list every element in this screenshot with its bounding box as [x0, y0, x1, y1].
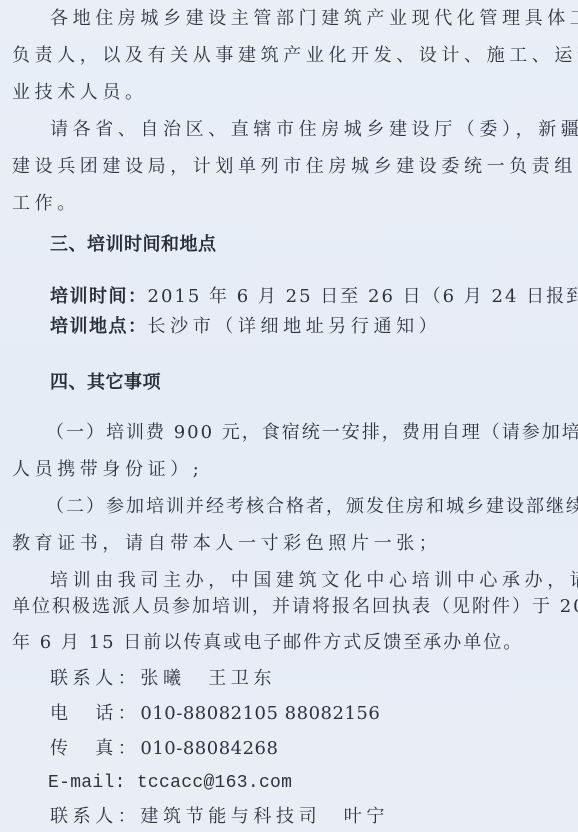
- email-value: tccacc@163.com: [137, 773, 292, 793]
- contact-names: 张曦 王卫东: [140, 668, 276, 689]
- section-heading: 四、其它事项: [50, 372, 161, 394]
- text-line: 各地住房城乡建设主管部门建筑产业现代化管理具体工作: [50, 8, 578, 30]
- text-line: 年 6 月 15 日前以传真或电子邮件方式反馈至承办单位。: [12, 632, 523, 654]
- contact-row: 联系人：张曦 王卫东: [50, 668, 276, 690]
- text-line: （二）参加培训并经考核合格者，颁发住房和城乡建设部继续: [46, 496, 578, 518]
- text-line: 单位积极选派人员参加培训，并请将报名回执表（见附件）于 2015: [12, 596, 578, 618]
- text-line: 人员携带身份证）;: [12, 459, 203, 481]
- text-line: 请各省、自治区、直辖市住房城乡建设厅（委），新疆生产: [50, 119, 578, 141]
- training-place-row: 培训地点：长沙市（详细地址另行通知）: [50, 316, 441, 338]
- contact-label: 联系人：: [50, 668, 140, 689]
- training-place-value: 长沙市（详细地址另行通知）: [148, 316, 442, 337]
- section-heading: 三、培训时间和地点: [50, 234, 217, 256]
- text-line: 教育证书，请自带本人一寸彩色照片一张；: [12, 533, 441, 555]
- phone-row: 电 话：010-88082105 88082156: [50, 703, 380, 725]
- text-line: 负责人，以及有关从事建筑产业化开发、设计、施工、运营的专: [12, 45, 578, 67]
- training-time-value: 2015 年 6 月 25 日至 26 日（6 月 24 日报到）: [148, 286, 578, 307]
- phone-label: 电 话：: [50, 703, 140, 724]
- text-line: 工作。: [12, 193, 80, 215]
- fax-label: 传 真：: [50, 738, 140, 759]
- fax-row: 传 真：010-88084268: [50, 738, 278, 760]
- text-line: 建设兵团建设局，计划单列市住房城乡建设委统一负责组织报名: [12, 156, 578, 178]
- training-time-label: 培训时间：: [50, 286, 148, 307]
- training-place-label: 培训地点：: [50, 316, 148, 337]
- contact-row: 联系人：建筑节能与科技司 叶宁: [50, 806, 389, 828]
- training-time-row: 培训时间：2015 年 6 月 25 日至 26 日（6 月 24 日报到）: [50, 286, 578, 308]
- email-label: E-mail:: [48, 773, 126, 793]
- text-line: 培训由我司主办，中国建筑文化中心培训中心承办，请有关: [50, 570, 578, 592]
- text-line: 业技术人员。: [12, 82, 148, 104]
- email-row: E-mail: tccacc@163.com: [48, 772, 292, 794]
- contact-label: 联系人：: [50, 806, 140, 827]
- fax-value: 010-88084268: [140, 738, 278, 759]
- text-line: （一）培训费 900 元，食宿统一安排，费用自理（请参加培训: [46, 422, 578, 444]
- phone-value: 010-88082105 88082156: [140, 703, 380, 724]
- contact-department: 建筑节能与科技司 叶宁: [140, 806, 389, 827]
